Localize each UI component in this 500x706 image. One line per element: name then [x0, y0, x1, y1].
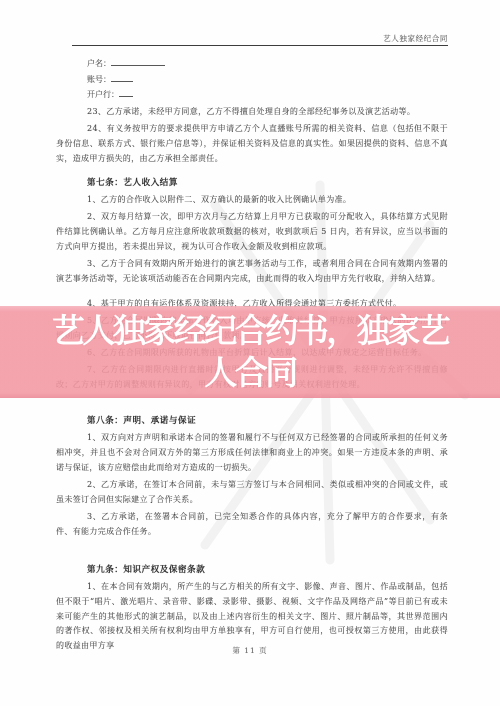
contract-page: 艺人独家经纪合同 户名： 账号： 开户行： 23、乙方承诺，未经甲方同意，乙方不…: [0, 0, 500, 706]
field-label: 开户行：: [87, 90, 119, 99]
section-8-item: 1、双方向对方声明和承诺本合同的签署和履行不与任何双方已经签署的合同或所承担的任…: [56, 431, 448, 475]
field-account-number: 账号：: [56, 72, 448, 88]
blank-line: [119, 89, 133, 97]
page-number: 第 11 页: [0, 645, 500, 656]
section-7-item: 1、乙方的合作收入以附件二、双方确认的最新的收入比例确认单为准。: [56, 193, 448, 208]
clause-23: 23、乙方承诺，未经甲方同意，乙方不得擅自处理自身的全部经纪事务以及演艺活动等。: [56, 105, 448, 120]
blank-line: [111, 58, 165, 66]
watermark-title-line1: 艺人独家经纪合约书，独家艺: [52, 310, 449, 352]
section-8: 第八条：声明、承诺与保证 1、双方向对方声明和承诺本合同的签署和履行不与任何双方…: [56, 414, 448, 540]
blank-line: [111, 74, 133, 82]
section-8-item: 3、乙方承诺，在签署本合同前，已完全知悉合作的具体内容，充分了解甲方的合作要求，…: [56, 510, 448, 540]
clause-24: 24、有义务按甲方的要求提供甲方申请乙方个人直播账号所需的相关资料、信息（包括但…: [56, 122, 448, 166]
intro-block: 户名： 账号： 开户行： 23、乙方承诺，未经甲方同意，乙方不得擅自处理自身的全…: [56, 56, 448, 167]
section-8-heading: 第八条：声明、承诺与保证: [56, 414, 448, 426]
section-9-heading: 第九条：知识产权及保密条款: [56, 563, 448, 575]
section-9: 第九条：知识产权及保密条款 1、在本合同有效期内，所产生的与乙方相关的所有文字、…: [56, 563, 448, 654]
section-7-item: 3、乙方于合同有效期内所开始进行的演艺事务活动与工作，或者利用合同在合同有效期内…: [56, 257, 448, 287]
section-8-item: 2、乙方承诺，在签订本合同前，未与第三方签订与本合同相同、类似或相冲突的合同或文…: [56, 478, 448, 508]
watermark-band: 艺人独家经纪合约书，独家艺 人合同: [0, 306, 500, 398]
field-label: 户名：: [87, 59, 111, 68]
section-7-heading: 第七条：艺人收入结算: [56, 176, 448, 188]
section-9-item: 1、在本合同有效期内，所产生的与乙方相关的所有文字、影像、声音、图片、作品或制品…: [56, 580, 448, 654]
section-7-item: 2、双方每月结算一次，即甲方次月与乙方结算上月甲方已获取的可分配收入，具体结算方…: [56, 210, 448, 254]
field-label: 账号：: [87, 75, 111, 84]
field-account-name: 户名：: [56, 56, 448, 72]
field-bank-branch: 开户行：: [56, 87, 448, 103]
watermark-title-line2: 人合同: [204, 352, 296, 394]
